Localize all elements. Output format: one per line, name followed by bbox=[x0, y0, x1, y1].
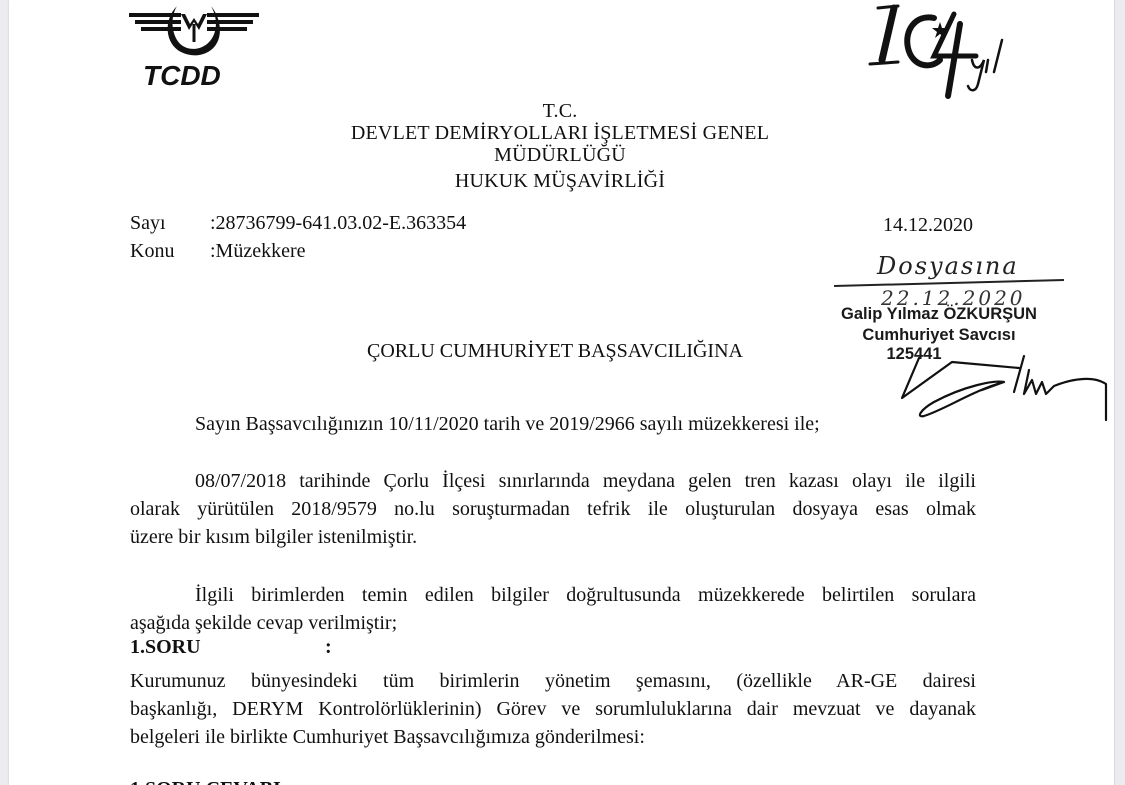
konu-value: :Müzekkere bbox=[210, 238, 306, 264]
header-tc: T.C. bbox=[300, 100, 820, 122]
winged-crescent-emblem-icon bbox=[119, 0, 269, 62]
viewer-left-gutter bbox=[0, 0, 9, 785]
response-line-1: İlgili birimlerden temin edilen bilgiler… bbox=[130, 581, 976, 609]
document-date: 14.12.2020 bbox=[883, 214, 973, 237]
document-page: TCDD T.C. DEVLET DEMİRYO bbox=[9, 0, 1115, 785]
question-line-1: Kurumunuz bünyesindeki tüm birimlerin yö… bbox=[130, 667, 976, 695]
konu-label: Konu bbox=[130, 238, 174, 264]
anniversary-mark bbox=[864, 0, 1024, 100]
sayi-value: :28736799-641.03.02-E.363354 bbox=[210, 210, 466, 236]
stamp-name: Galip Yılmaz ÖZKURŞUN bbox=[804, 305, 1074, 324]
question-1-colon: : bbox=[325, 636, 332, 659]
intro-line: Sayın Başsavcılığınızın 10/11/2020 tarih… bbox=[130, 410, 976, 438]
header-department: HUKUK MÜŞAVİRLİĞİ bbox=[300, 170, 820, 192]
context-line-1: 08/07/2018 tarihinde Çorlu İlçesi sınırl… bbox=[130, 467, 976, 495]
stamp-title: Cumhuriyet Savcısı bbox=[804, 326, 1074, 345]
handwritten-note: Dosyasına bbox=[877, 252, 1019, 280]
context-line-3: üzere bir kısım bilgiler istenilmiştir. bbox=[130, 523, 976, 551]
context-line-2: olarak yürütülen 2018/9579 no.lu soruştu… bbox=[130, 495, 976, 523]
tcdd-logo-text: TCDD bbox=[143, 60, 221, 92]
intro-paragraph: Sayın Başsavcılığınızın 10/11/2020 tarih… bbox=[130, 410, 976, 438]
sayi-label: Sayı bbox=[130, 210, 166, 236]
tcdd-logo: TCDD bbox=[119, 0, 269, 95]
anniversary-164-icon bbox=[864, 0, 1024, 100]
question-1-label: 1.SORU bbox=[130, 636, 201, 659]
header-directorate: MÜDÜRLÜĞÜ bbox=[300, 144, 820, 166]
question-line-3: belgeleri ile birlikte Cumhuriyet Başsav… bbox=[130, 723, 976, 751]
viewer-scrollbar-track[interactable] bbox=[1114, 0, 1125, 785]
question-line-2: başkanlığı, DERYM Kontrolörlüklerinin) G… bbox=[130, 695, 976, 723]
recipient-heading: ÇORLU CUMHURİYET BAŞSAVCILIĞINA bbox=[330, 340, 780, 363]
response-intro-paragraph: İlgili birimlerden temin edilen bilgiler… bbox=[130, 581, 976, 637]
context-paragraph: 08/07/2018 tarihinde Çorlu İlçesi sınırl… bbox=[130, 467, 976, 551]
question-1-text: Kurumunuz bünyesindeki tüm birimlerin yö… bbox=[130, 667, 976, 751]
header-institution: DEVLET DEMİRYOLLARI İŞLETMESİ GENEL bbox=[300, 122, 820, 144]
institution-header: T.C. DEVLET DEMİRYOLLARI İŞLETMESİ GENEL… bbox=[300, 100, 820, 192]
answer-1-heading: 1.SORU CEVABI bbox=[130, 775, 281, 785]
response-line-2: aşağıda şekilde cevap verilmiştir; bbox=[130, 609, 976, 637]
